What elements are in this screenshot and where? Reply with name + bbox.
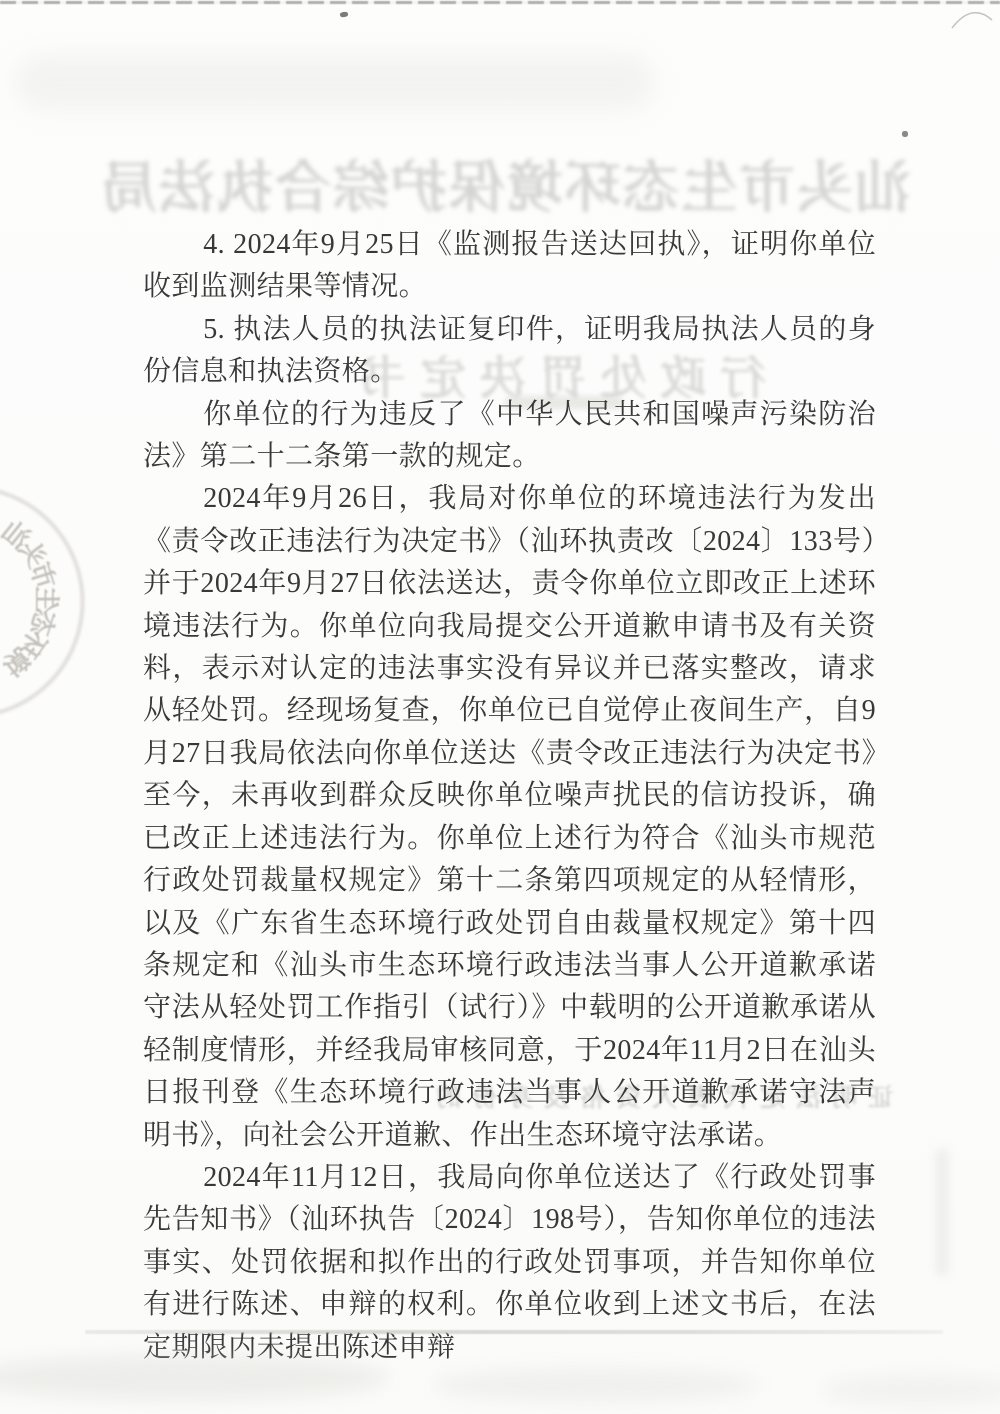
paragraph: 你单位的行为违反了《中华人民共和国噪声污染防治法》第二十二条第一款的规定。: [143, 394, 876, 479]
scan-shading-artifact: [15, 55, 655, 110]
ink-speck: [902, 131, 908, 137]
scan-streak-artifact: [85, 1330, 943, 1334]
scan-shading-artifact: [936, 1150, 948, 1275]
corner-pen-mark: [940, 0, 1000, 40]
document-body: 4. 2024年9月25日《监测报告送达回执》，证明你单位收到监测结果等情况。5…: [143, 224, 876, 1369]
scanner-edge-artifact: [0, 1, 1000, 4]
bleedthrough-agency-header: 汕头市生态环境保护综合执法局: [103, 144, 911, 224]
ink-speck: [340, 11, 349, 17]
scan-smudge: [0, 1355, 390, 1400]
scan-smudge: [430, 1368, 760, 1402]
scan-smudge: [820, 1375, 1000, 1405]
scanned-document-page: 汕头市生态环境保护综合执法局 行政处罚决定书 证明法定代表人资格及身份的 汕头市…: [0, 0, 1000, 1414]
paragraph: 4. 2024年9月25日《监测报告送达回执》，证明你单位收到监测结果等情况。: [143, 224, 876, 309]
paragraph: 5. 执法人员的执法证复印件，证明我局执法人员的身份信息和执法资格。: [143, 309, 876, 394]
paragraph: 2024年9月26日，我局对你单位的环境违法行为发出《责令改正违法行为决定书》（…: [143, 478, 876, 1157]
paragraph: 2024年11月12日，我局向你单位送达了《行政处罚事先告知书》（汕环执告〔20…: [143, 1157, 876, 1369]
